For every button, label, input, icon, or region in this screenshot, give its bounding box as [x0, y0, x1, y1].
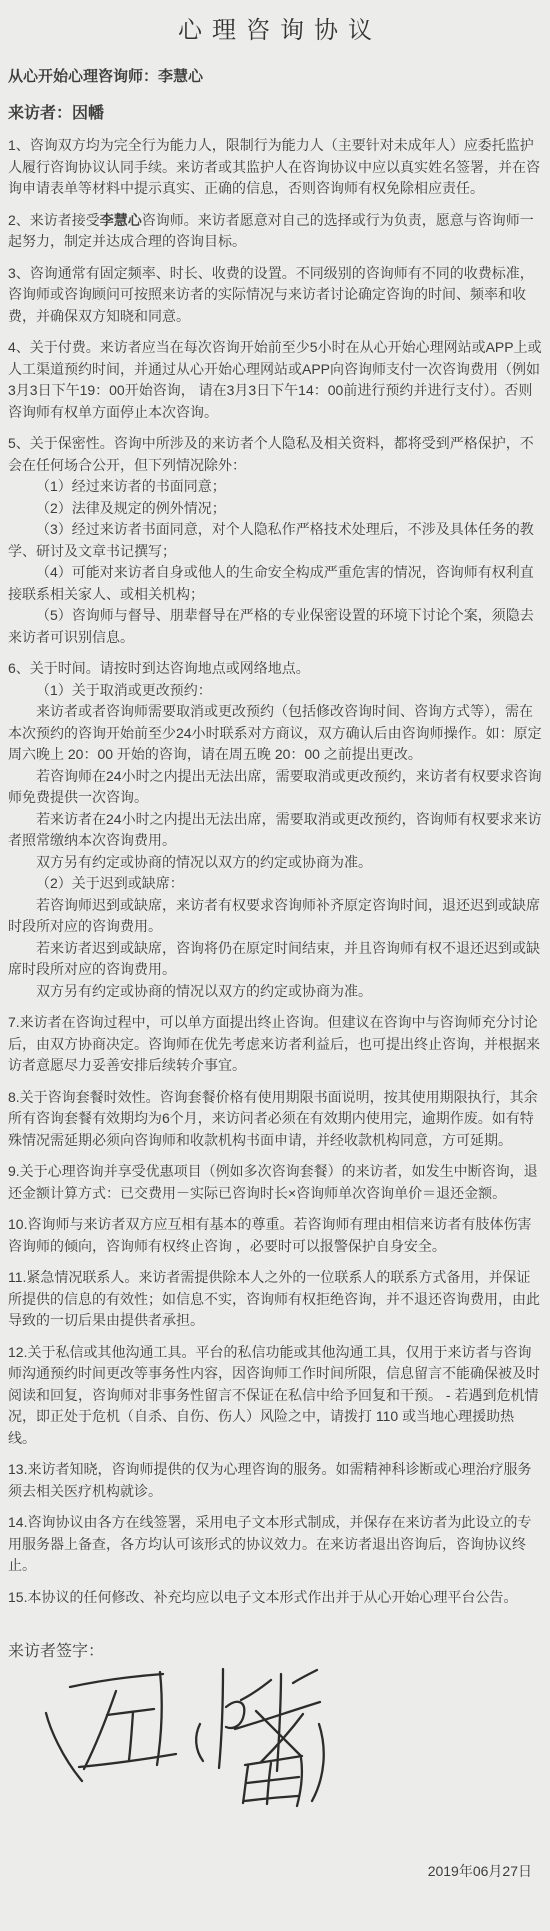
handwritten-signature-drawing: [30, 1667, 330, 1847]
agreement-paragraph: 12.关于私信或其他沟通工具。平台的私信功能或其他沟通工具，仅用于来访者与咨询师…: [8, 1342, 542, 1450]
agreement-paragraph: （2）法律及规定的例外情况；: [8, 498, 542, 520]
agreement-paragraph: 2、来访者接受李慧心咨询师。来访者愿意对自己的选择或行为负责，愿意与咨询师一起努…: [8, 210, 542, 253]
agreement-paragraph: 若来访者在24小时之内提出无法出席，需要取消或更改预约，咨询师有权要求来访者照常…: [8, 809, 542, 852]
agreement-paragraph: 11.紧急情况联系人。来访者需提供除本人之外的一位联系人的联系方式备用，并保证所…: [8, 1267, 542, 1332]
visitor-line: 来访者：因幡: [8, 100, 542, 123]
agreement-paragraph: 7.来访者在咨询过程中，可以单方面提出终止咨询。但建议在咨询中与咨询师充分讨论后…: [8, 1012, 542, 1077]
agreement-paragraph: 15.本协议的任何修改、补充均应以电子文本形式作出并于从心开始心理平台公告。: [8, 1587, 542, 1609]
agreement-paragraph: （1）关于取消或更改预约：: [8, 680, 542, 702]
agreement-paragraph: 14.咨询协议由各方在线签署，采用电子文本形式制成，并保存在来访者为此设立的专用…: [8, 1512, 542, 1577]
agreement-paragraph: （3）经过来访者书面同意，对个人隐私作严格技术处理后，不涉及具体任务的教学、研讨…: [8, 519, 542, 562]
agreement-paragraph: 来访者或者咨询师需要取消或更改预约（包括修改咨询时间、咨询方式等），需在本次预约…: [8, 701, 542, 766]
agreement-page: { "header": { "title": "心理咨询协议", "counse…: [0, 0, 550, 1931]
agreement-paragraph: 若咨询师在24小时之内提出无法出席，需要取消或更改预约，来访者有权要求咨询师免费…: [8, 766, 542, 809]
agreement-date: 2019年06月27日: [8, 1861, 532, 1881]
counselor-line: 从心开始心理咨询师：李慧心: [8, 65, 542, 86]
agreement-paragraph: （5）咨询师与督导、朋辈督导在严格的专业保密设置的环境下讨论个案，须隐去来访者可…: [8, 605, 542, 648]
agreement-paragraph: 8.关于咨询套餐时效性。咨询套餐价格有使用期限书面说明，按其使用期限执行，其余所…: [8, 1087, 542, 1152]
visitor-signature: [30, 1667, 330, 1847]
agreement-paragraph: 双方另有约定或协商的情况以双方的约定或协商为准。: [8, 981, 542, 1003]
agreement-paragraph: 1、咨询双方均为完全行为能力人，限制行为能力人（主要针对未成年人）应委托监护人履…: [8, 135, 542, 200]
agreement-paragraph: （1）经过来访者的书面同意；: [8, 476, 542, 498]
agreement-paragraph: 5、关于保密性。咨询中所涉及的来访者个人隐私及相关资料，都将受到严格保护，不会在…: [8, 433, 542, 476]
agreement-paragraph: （4）可能对来访者自身或他人的生命安全构成严重危害的情况，咨询师有权利直接联系相…: [8, 562, 542, 605]
page-title: 心理咨询协议: [8, 10, 542, 45]
agreement-paragraph: 13.来访者知晓，咨询师提供的仅为心理咨询的服务。如需精神科诊断或心理治疗服务须…: [8, 1459, 542, 1502]
agreement-paragraph: 若咨询师迟到或缺席，来访者有权要求咨询师补齐原定咨询时间，退还迟到或缺席时段所对…: [8, 895, 542, 938]
agreement-paragraph: （2）关于迟到或缺席：: [8, 873, 542, 895]
agreement-paragraph: 6、关于时间。请按时到达咨询地点或网络地点。: [8, 658, 542, 680]
agreement-paragraph: 4、关于付费。来访者应当在每次咨询开始前至少5小时在从心开始心理网站或APP上或…: [8, 337, 542, 423]
agreement-paragraph: 10.咨询师与来访者双方应互相有基本的尊重。若咨询师有理由相信来访者有肢体伤害咨…: [8, 1214, 542, 1257]
agreement-paragraph: 3、咨询通常有固定频率、时长、收费的设置。不同级别的咨询师有不同的收费标准，咨询…: [8, 263, 542, 328]
agreement-paragraph: 双方另有约定或协商的情况以双方的约定或协商为准。: [8, 852, 542, 874]
agreement-body: 1、咨询双方均为完全行为能力人，限制行为能力人（主要针对未成年人）应委托监护人履…: [8, 135, 542, 1608]
agreement-document: 心理咨询协议 从心开始心理咨询师：李慧心 来访者：因幡 1、咨询双方均为完全行为…: [0, 0, 550, 1931]
agreement-paragraph: 若来访者迟到或缺席，咨询将仍在原定时间结束，并且咨询师有权不退还迟到或缺席时段所…: [8, 938, 542, 981]
agreement-paragraph: 9.关于心理咨询并享受优惠项目（例如多次咨询套餐）的来访者，如发生中断咨询，退还…: [8, 1161, 542, 1204]
signature-label: 来访者签字：: [8, 1638, 542, 1661]
